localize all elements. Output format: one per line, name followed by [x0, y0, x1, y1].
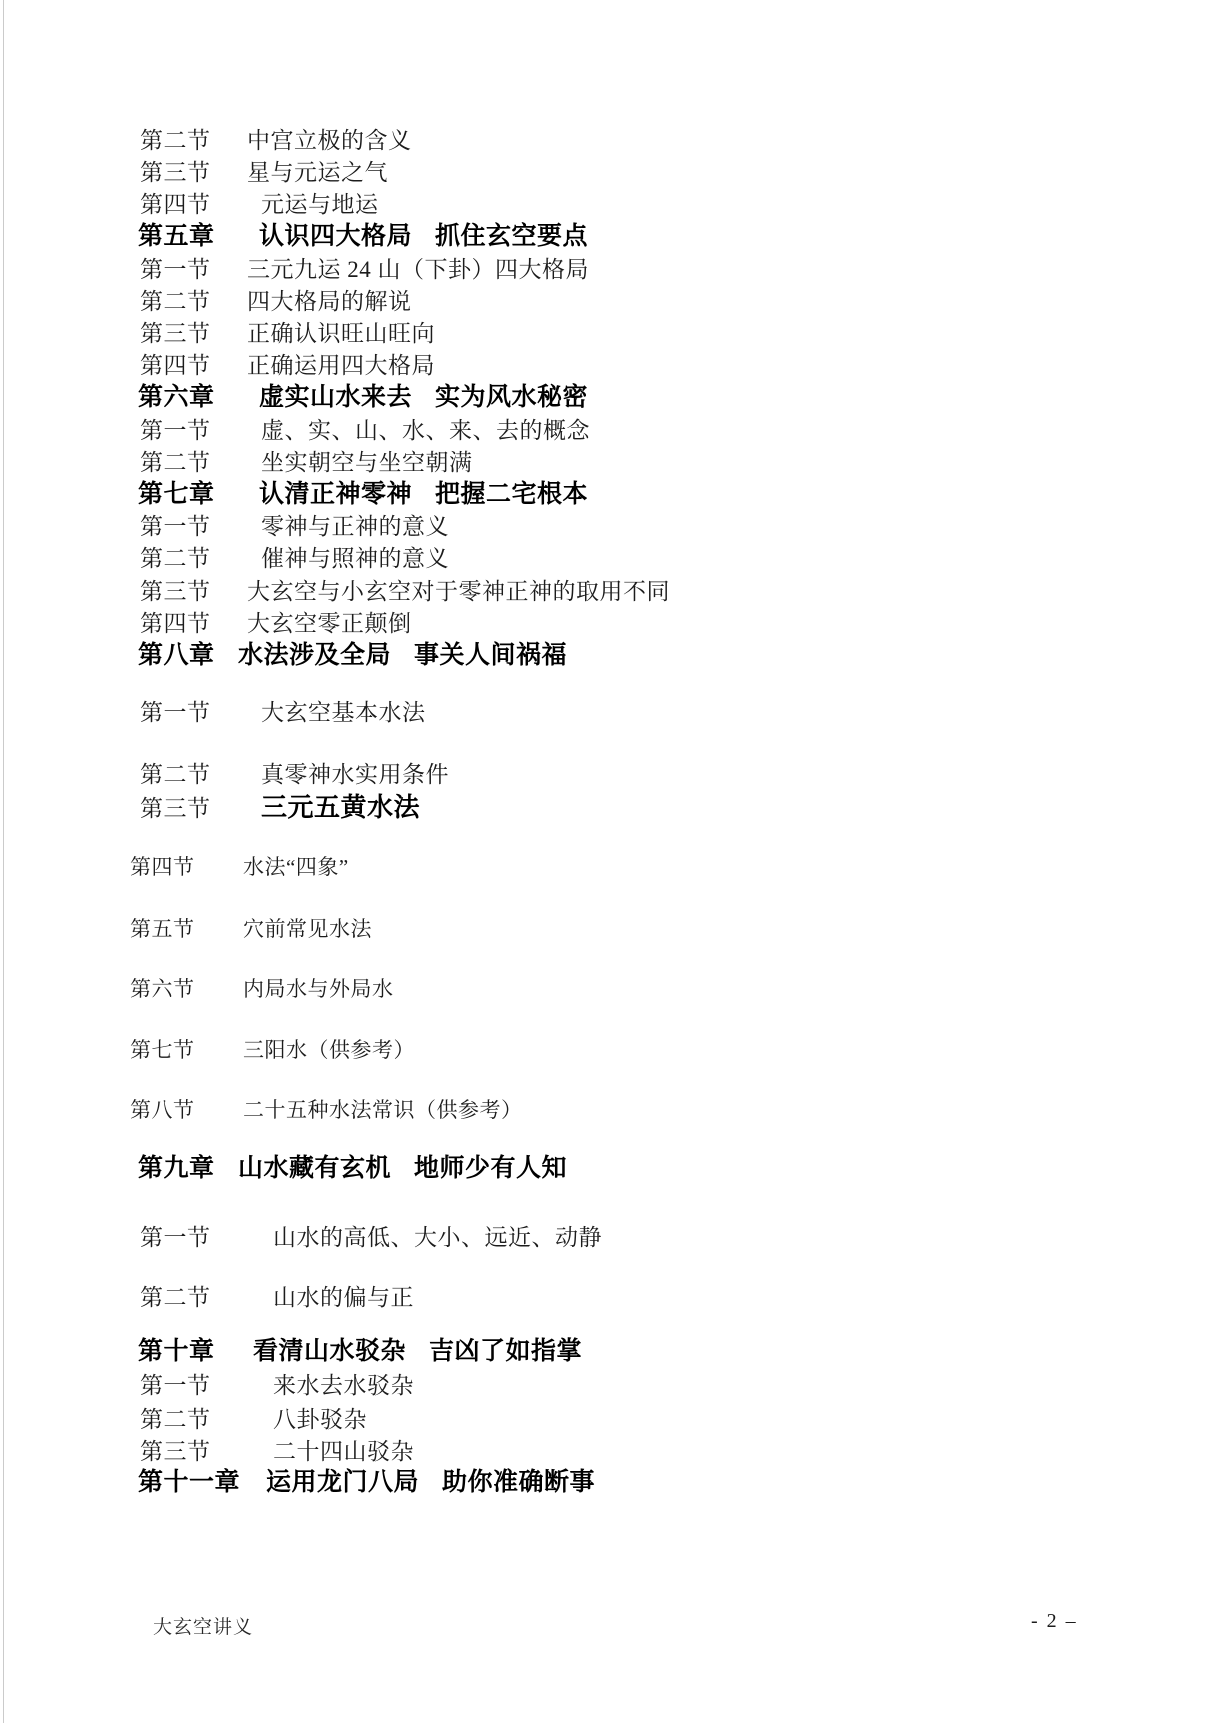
- toc-entry-title: 元运与地运: [261, 192, 379, 217]
- toc-chapter-entry: 第七章认清正神零神把握二宅根本: [138, 480, 588, 510]
- toc-entry-title: 内局水与外局水: [243, 977, 394, 1001]
- toc-entry-label: 第三节: [140, 1438, 247, 1466]
- toc-chapter-entry: 第九章山水藏有玄机地师少有人知: [138, 1154, 567, 1184]
- toc-entry-label: 第一节: [140, 699, 247, 727]
- toc-entry-title: 二十五种水法常识（供参考）: [243, 1098, 523, 1122]
- toc-entry: 第三节星与元运之气: [140, 159, 388, 187]
- toc-entry-label: 第二节: [140, 545, 247, 573]
- toc-entry: 第一节山水的高低、大小、远近、动静: [140, 1224, 602, 1252]
- toc-entry-subtitle: 事关人间祸福: [414, 642, 567, 669]
- toc-entry-subtitle: 抓住玄空要点: [435, 223, 588, 250]
- footer-page-number: - 2 –: [1031, 1610, 1078, 1633]
- toc-entry-title: 山水藏有玄机: [238, 1155, 391, 1182]
- toc-entry: 第二节催神与照神的意义: [140, 545, 449, 573]
- toc-entry: 第一节来水去水驳杂: [140, 1372, 414, 1400]
- toc-entry: 第四节水法“四象”: [130, 855, 349, 880]
- toc-entry-title: 坐实朝空与坐空朝满: [261, 450, 473, 475]
- toc-entry: 第一节零神与正神的意义: [140, 513, 449, 541]
- toc-entry: 第二节八卦驳杂: [140, 1406, 367, 1434]
- toc-entry-label: 第一节: [140, 417, 247, 445]
- toc-entry-title: 正确运用四大格局: [247, 353, 435, 378]
- toc-entry-title: 看清山水驳杂: [253, 1338, 406, 1365]
- toc-entry: 第二节坐实朝空与坐空朝满: [140, 449, 473, 477]
- toc-entry-title: 认清正神零神: [259, 481, 412, 508]
- toc-chapter-entry: 第十一章运用龙门八局助你准确断事: [138, 1468, 595, 1498]
- toc-entry: 第一节虚、实、山、水、来、去的概念: [140, 417, 590, 445]
- toc-entry-title: 运用龙门八局: [266, 1469, 419, 1496]
- toc-entry: 第五节穴前常见水法: [130, 917, 372, 942]
- toc-chapter-entry: 第八章水法涉及全局事关人间祸福: [138, 641, 567, 671]
- toc-entry: 第一节大玄空基本水法: [140, 699, 426, 727]
- toc-entry-title: 虚实山水来去: [259, 384, 412, 411]
- toc-entry-label: 第四节: [140, 610, 247, 638]
- toc-entry-title: 真零神水实用条件: [261, 762, 449, 787]
- toc-entry-title: 认识四大格局: [259, 223, 412, 250]
- toc-entry: 第三节二十四山驳杂: [140, 1438, 414, 1466]
- toc-entry-title: 大玄空与小玄空对于零神正神的取用不同: [247, 579, 670, 604]
- toc-entry-subtitle: 助你准确断事: [442, 1469, 595, 1496]
- toc-entry-title: 正确认识旺山旺向: [247, 321, 435, 346]
- toc-entry-label: 第六章: [138, 383, 259, 413]
- toc-entry-label: 第九章: [138, 1154, 238, 1184]
- toc-entry-label: 第一节: [140, 256, 247, 284]
- toc-entry-label: 第四节: [130, 855, 243, 880]
- toc-entry-label: 第六节: [130, 977, 243, 1002]
- toc-entry-label: 第八章: [138, 641, 238, 671]
- toc-entry-label: 第四节: [140, 191, 247, 219]
- toc-entry: 第二节山水的偏与正: [140, 1284, 414, 1312]
- toc-entry-label: 第七节: [130, 1038, 243, 1063]
- page-edge-line: [3, 0, 4, 1723]
- toc-entry-label: 第五章: [138, 222, 259, 252]
- toc-entry-label: 第一节: [140, 513, 247, 541]
- toc-entry: 第四节元运与地运: [140, 191, 379, 219]
- toc-entry: 第七节三阳水（供参考）: [130, 1038, 415, 1063]
- toc-entry-title: 大玄空基本水法: [261, 700, 426, 725]
- toc-entry-label: 第一节: [140, 1224, 247, 1252]
- toc-entry-label: 第二节: [140, 288, 247, 316]
- toc-entry-title: 星与元运之气: [247, 160, 388, 185]
- toc-entry: 第二节四大格局的解说: [140, 288, 412, 316]
- toc-entry-title: 穴前常见水法: [243, 917, 372, 941]
- toc-entry: 第四节大玄空零正颠倒: [140, 610, 412, 638]
- toc-chapter-entry: 第十章看清山水驳杂吉凶了如指掌: [138, 1337, 582, 1367]
- toc-entry-title: 中宫立极的含义: [247, 128, 412, 153]
- toc-entry-title: 水法“四象”: [243, 855, 349, 879]
- toc-entry-title: 三元五黄水法: [261, 793, 420, 822]
- toc-entry: 第四节正确运用四大格局: [140, 352, 435, 380]
- toc-entry-title: 山水的偏与正: [273, 1285, 414, 1310]
- toc-entry-title: 四大格局的解说: [247, 289, 412, 314]
- toc-entry-label: 第十一章: [138, 1468, 266, 1498]
- toc-entry: 第三节大玄空与小玄空对于零神正神的取用不同: [140, 578, 670, 606]
- toc-entry-label: 第二节: [140, 449, 247, 477]
- toc-entry: 第六节内局水与外局水: [130, 977, 394, 1002]
- toc-entry-title: 三元九运 24 山（下卦）四大格局: [247, 257, 589, 282]
- toc-entry-label: 第二节: [140, 127, 247, 155]
- toc-entry-label: 第七章: [138, 480, 259, 510]
- toc-entry-subtitle: 地师少有人知: [414, 1155, 567, 1182]
- toc-entry-title: 水法涉及全局: [238, 642, 391, 669]
- toc-entry-title: 二十四山驳杂: [273, 1439, 414, 1464]
- toc-entry-label: 第八节: [130, 1098, 243, 1123]
- toc-entry-title: 大玄空零正颠倒: [247, 611, 412, 636]
- toc-entry-label: 第十章: [138, 1337, 253, 1367]
- toc-entry-label: 第二节: [140, 1406, 247, 1434]
- toc-entry-title: 催神与照神的意义: [261, 546, 449, 571]
- toc-entry-label: 第一节: [140, 1372, 247, 1400]
- toc-entry-subtitle: 吉凶了如指掌: [429, 1338, 582, 1365]
- toc-entry-title: 虚、实、山、水、来、去的概念: [261, 418, 590, 443]
- footer-document-title: 大玄空讲义: [153, 1612, 253, 1639]
- toc-entry-subtitle: 实为风水秘密: [435, 384, 588, 411]
- toc-entry-label: 第三节: [140, 578, 247, 606]
- toc-entry-label: 第五节: [130, 917, 243, 942]
- toc-chapter-entry: 第六章虚实山水来去实为风水秘密: [138, 383, 588, 413]
- toc-entry: 第三节正确认识旺山旺向: [140, 320, 435, 348]
- toc-entry-subtitle: 把握二宅根本: [435, 481, 588, 508]
- toc-entry: 第一节三元九运 24 山（下卦）四大格局: [140, 256, 589, 284]
- toc-chapter-entry: 第五章认识四大格局抓住玄空要点: [138, 222, 588, 252]
- toc-entry-label: 第三节: [140, 159, 247, 187]
- toc-entry-label: 第四节: [140, 352, 247, 380]
- toc-entry-label: 第三节: [140, 795, 247, 823]
- toc-entry-title: 来水去水驳杂: [273, 1373, 414, 1398]
- toc-entry-label: 第二节: [140, 761, 247, 789]
- toc-entry-title: 零神与正神的意义: [261, 514, 449, 539]
- toc-entry: 第二节真零神水实用条件: [140, 761, 449, 789]
- toc-entry: 第八节二十五种水法常识（供参考）: [130, 1098, 523, 1123]
- toc-entry: 第二节中宫立极的含义: [140, 127, 412, 155]
- toc-entry-title: 山水的高低、大小、远近、动静: [273, 1225, 602, 1250]
- toc-entry-title: 八卦驳杂: [273, 1407, 367, 1432]
- toc-entry: 第三节三元五黄水法: [140, 792, 420, 823]
- toc-entry-label: 第二节: [140, 1284, 247, 1312]
- toc-entry-label: 第三节: [140, 320, 247, 348]
- toc-entry-title: 三阳水（供参考）: [243, 1038, 415, 1062]
- document-page: 第二节中宫立极的含义 第三节星与元运之气 第四节元运与地运 第五章认识四大格局抓…: [0, 0, 1220, 1723]
